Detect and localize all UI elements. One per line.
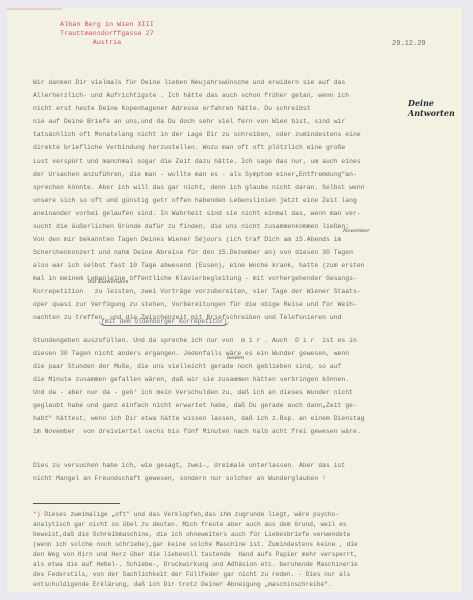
body-line: mal in meinem Leben)eine öffentliche Kla… [33, 273, 357, 286]
body-line: tatsächlich oft Monatelang nicht in der … [33, 129, 361, 142]
footnote-line: den Weg von Hirn und Herz über die liebe… [33, 550, 358, 560]
body-line: Stundengeben auszufüllen. Und da spreche… [33, 335, 357, 348]
footnote-line: (wenn ich solche noch schriebe),gar kein… [33, 540, 358, 550]
letterhead-country: Austria [60, 39, 154, 48]
body-line: oper quasi zur Verfügung zu stehen, Vorb… [33, 299, 357, 312]
letterhead-street: Trauttmansdorffgasse 27 [60, 30, 154, 39]
handwritten-annotation-klavier: mit Klavierüben [88, 279, 129, 285]
letter-date: 29.12.29 [392, 40, 426, 48]
handwritten-annotation-deine-antworten: Deine Antworten [408, 98, 473, 118]
footnote-line: beweist,daß die Schreibmaschine, die ich… [33, 530, 350, 540]
body-line: Und da - aber nur da - geb' ich mein Ver… [33, 387, 353, 400]
body-line: sucht die äußerlichen Gründe dafür zu fi… [33, 221, 349, 234]
body-line: die Minute zusammen gefallen wären, daß … [33, 374, 349, 387]
body-line: geglaubt habe und ganz einfach nicht erw… [33, 400, 357, 413]
body-line: Wir danken Dir vielmals für Deine lieben… [33, 77, 345, 90]
footnote-line: als etwa die auf Hebel-, Schiebe-, Druck… [33, 560, 358, 570]
letterhead: Alban Berg in Wien XIII Trauttmansdorffg… [60, 21, 154, 48]
body-line: aneinander vorbei gelaufen sind. In Wahr… [33, 208, 361, 221]
handwritten-annotation-beiden: beiden [227, 355, 244, 361]
letterhead-name: Alban Berg in Wien XIII [60, 21, 154, 30]
body-line: der Ursachen anzuführen, die man - wollt… [33, 169, 357, 182]
body-line: im November von dreiviertel sechs bis fü… [33, 426, 361, 439]
body-line: die paar Stunden der Muße, die uns viell… [33, 361, 341, 374]
footnote-text: Dieses zweimalige „oft" und das Verklopf… [40, 511, 339, 518]
body-line: nie auf Deine Briefe an uns,und da Du do… [33, 116, 345, 129]
typed-insertion: (mit dem Oldenburger Korrepetitor) [99, 318, 229, 326]
body-line: Dies zu versuchen habe ich, wie gesagt, … [33, 460, 345, 473]
body-line: sprechen könnte. Aber ich will das gar n… [33, 182, 365, 195]
body-line: Korrepetition zu leisten, zwei Vorträge … [33, 286, 361, 299]
body-line: also war ich selbst fast 10 Tage abwesen… [33, 260, 365, 273]
body-line: direkte briefliche Verbindung herzustell… [33, 142, 345, 155]
body-line: diesen 30 Tagen nicht anders ergangen. J… [33, 348, 349, 361]
footnote-line: *) Dieses zweimalige „oft" und das Verkl… [33, 510, 339, 520]
footnote-line: analytisch gar nicht so übel zu deuten. … [33, 520, 347, 530]
body-line: habt" hättest, wenn ich Dir etwa hätte w… [33, 413, 365, 426]
body-line: Lust verspürt und manchmal sogar die Zei… [33, 156, 361, 169]
body-line: Von den mir bekannten Tagen Deines Wiene… [33, 234, 341, 247]
footnote-line: des Federstils, von der Sachlichkeit der… [33, 570, 350, 580]
body-line: Scherchenkonzert und nahm Deine Abreise … [33, 247, 353, 260]
handwritten-annotation-november: November [343, 228, 369, 234]
body-line: nicht Mangel an Freundschaft gewesen, so… [33, 473, 326, 486]
footnote-line: entschuldigende Erklärung, daß ich Dir t… [33, 580, 332, 590]
body-line: unsere sich so oft und günstig getr offe… [33, 195, 357, 208]
footnote-divider [33, 503, 120, 504]
body-line: Allerherzlich- und Aufrichtigste . Ich h… [33, 90, 349, 103]
body-line: nicht erst heute Deine Kopenhagener Adre… [33, 103, 311, 116]
